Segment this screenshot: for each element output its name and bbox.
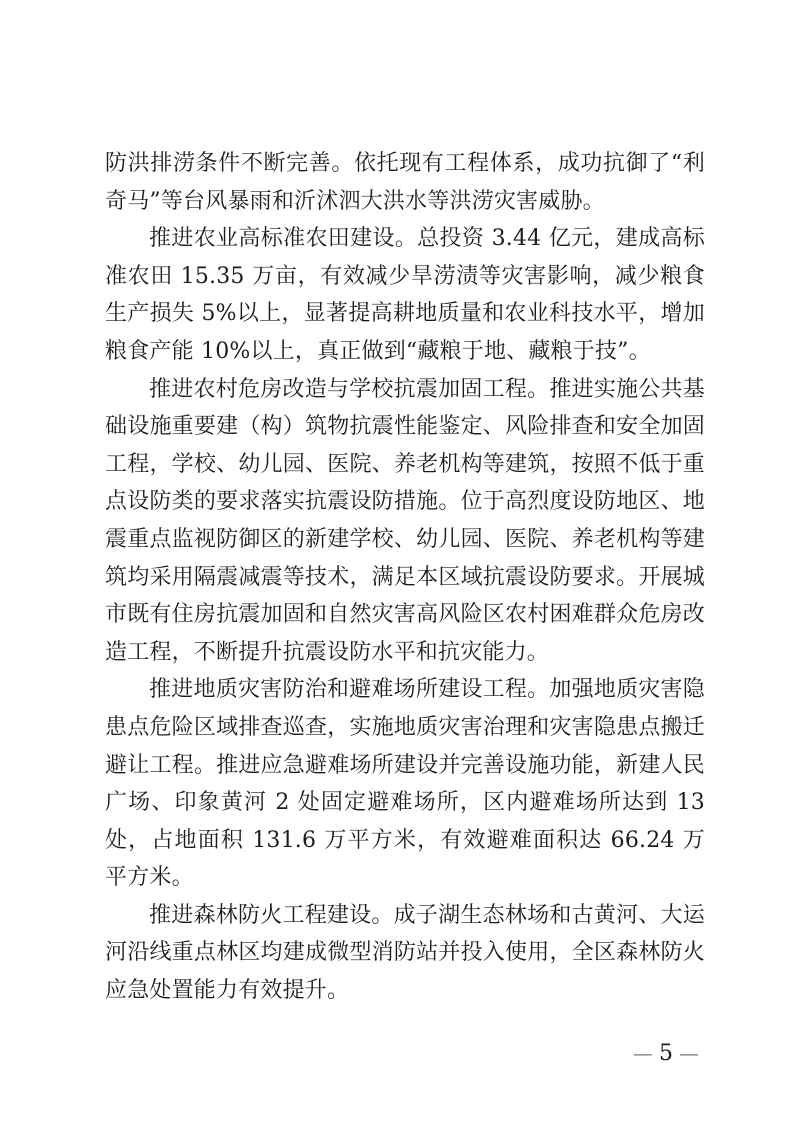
page-number-value: 5	[659, 1041, 673, 1066]
paragraph-forest-fire: 推进森林防火工程建设。成子湖生态林场和古黄河、大运河沿线重点林区均建成微型消防站…	[105, 897, 705, 1010]
paragraph-housing-seismic: 推进农村危房改造与学校抗震加固工程。推进实施公共基础设施重要建（构）筑物抗震性能…	[105, 371, 705, 672]
document-body: 防洪排涝条件不断完善。依托现有工程体系，成功抗御了“利奇马”等台风暴雨和沂沭泗大…	[105, 145, 705, 1010]
page-number-left-dash: —	[627, 1041, 659, 1065]
paragraph-flood-control: 防洪排涝条件不断完善。依托现有工程体系，成功抗御了“利奇马”等台风暴雨和沂沭泗大…	[105, 145, 705, 220]
page-number-right-dash: —	[673, 1041, 705, 1065]
paragraph-farmland: 推进农业高标准农田建设。总投资 3.44 亿元，建成高标准农田 15.35 万亩…	[105, 220, 705, 370]
document-page: 防洪排涝条件不断完善。依托现有工程体系，成功抗御了“利奇马”等台风暴雨和沂沭泗大…	[0, 0, 793, 1122]
page-number: —5—	[627, 1039, 705, 1068]
paragraph-geological-shelter: 推进地质灾害防治和避难场所建设工程。加强地质灾害隐患点危险区域排查巡查，实施地质…	[105, 671, 705, 897]
